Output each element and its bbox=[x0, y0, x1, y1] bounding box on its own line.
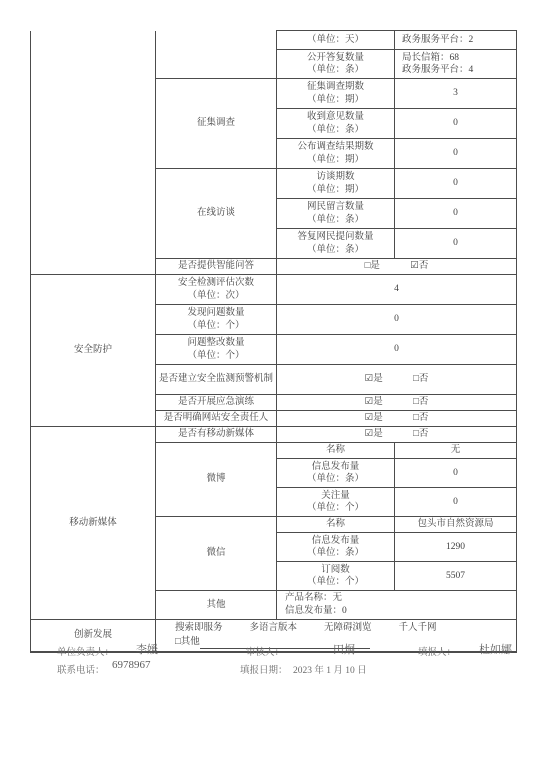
item-label: 公布调查结果期数（单位：期） bbox=[277, 139, 395, 169]
item-label: 问题整改数量（单位：个） bbox=[156, 335, 277, 365]
checkbox-group: ☑是 □否 bbox=[277, 427, 517, 443]
item-value: 0 bbox=[395, 459, 517, 488]
checkbox-yes-checked: ☑是 bbox=[365, 373, 383, 386]
item-value: 3 bbox=[395, 79, 517, 109]
item-value: 政务服务平台：2 bbox=[395, 31, 517, 50]
footer-value-phone: 6978967 bbox=[112, 659, 151, 671]
item-value: 1290 bbox=[395, 533, 517, 562]
item-label: 名称 bbox=[277, 443, 395, 459]
innovation-item: 千人千网 bbox=[399, 621, 437, 635]
item-label: 答复网民提问数量（单位：条） bbox=[277, 229, 395, 259]
checkbox-no-checked: ☑否 bbox=[410, 260, 428, 273]
innovation-item: 多语言版本 bbox=[250, 621, 298, 635]
section-cell-empty bbox=[31, 31, 156, 275]
item-label: 网民留言数量（单位：条） bbox=[277, 199, 395, 229]
item-label: 是否建立安全监测预警机制 bbox=[156, 365, 277, 395]
report-page: （单位：天） 政务服务平台：2 公开答复数量（单位：条） 局长信箱：68政务服务… bbox=[0, 0, 543, 768]
item-label: （单位：天） bbox=[277, 31, 395, 50]
item-label: 是否明确网站安全责任人 bbox=[156, 411, 277, 427]
checkbox-yes-checked: ☑是 bbox=[365, 396, 383, 409]
item-label: 关注量（单位：个） bbox=[277, 488, 395, 517]
item-label: 访谈期数（单位：期） bbox=[277, 169, 395, 199]
item-value: 0 bbox=[277, 335, 517, 365]
checkbox-no-unchecked: □否 bbox=[413, 412, 428, 425]
innovation-cell: 搜索即服务 多语言版本 无障碍浏览 千人千网 □其他 bbox=[156, 620, 517, 652]
group-label-interview: 在线访谈 bbox=[156, 169, 277, 259]
subgroup-cell-empty bbox=[156, 31, 277, 79]
group-label-newmedia: 移动新媒体 bbox=[31, 427, 156, 620]
item-value: 0 bbox=[395, 109, 517, 139]
item-label: 发现问题数量（单位：个） bbox=[156, 305, 277, 335]
item-label: 安全检测评估次数（单位：次） bbox=[156, 275, 277, 305]
checkbox-group: ☑是 □否 bbox=[277, 395, 517, 411]
subgroup-label-weixin: 微信 bbox=[156, 517, 277, 591]
item-label: 订阅数（单位：个） bbox=[277, 562, 395, 591]
item-label: 信息发布量（单位：条） bbox=[277, 459, 395, 488]
checkbox-group: □是 ☑否 bbox=[277, 259, 517, 275]
checkbox-group: ☑是 □否 bbox=[277, 365, 517, 395]
checkbox-no-unchecked: □否 bbox=[413, 428, 428, 441]
item-label: 是否开展应急演练 bbox=[156, 395, 277, 411]
footer-label-date: 填报日期： bbox=[240, 662, 288, 676]
subgroup-label-weibo: 微博 bbox=[156, 443, 277, 517]
footer-value-date: 2023 年 1 月 10 日 bbox=[293, 662, 367, 676]
checkbox-no-unchecked: □否 bbox=[413, 396, 428, 409]
checkbox-yes-checked: ☑是 bbox=[365, 428, 383, 441]
item-value: 4 bbox=[277, 275, 517, 305]
group-label-survey: 征集调查 bbox=[156, 79, 277, 169]
innovation-item: 搜索即服务 bbox=[175, 621, 223, 635]
item-label: 是否提供智能问答 bbox=[156, 259, 277, 275]
item-label: 是否有移动新媒体 bbox=[156, 427, 277, 443]
checkbox-group: ☑是 □否 bbox=[277, 411, 517, 427]
subgroup-label-other: 其他 bbox=[156, 591, 277, 620]
checkbox-other-unchecked: □其他 bbox=[175, 635, 200, 649]
item-label: 名称 bbox=[277, 517, 395, 533]
item-label: 信息发布量（单位：条） bbox=[277, 533, 395, 562]
group-label-innovation: 创新发展 bbox=[31, 620, 156, 652]
item-value: 产品名称：无信息发布量：0 bbox=[277, 591, 517, 620]
checkbox-yes-unchecked: □是 bbox=[365, 260, 380, 273]
item-label: 公开答复数量（单位：条） bbox=[277, 50, 395, 79]
item-value: 包头市自然资源局 bbox=[395, 517, 517, 533]
checkbox-yes-checked: ☑是 bbox=[365, 412, 383, 425]
item-value: 局长信箱：68政务服务平台：4 bbox=[395, 50, 517, 79]
item-label: 收到意见数量（单位：条） bbox=[277, 109, 395, 139]
innovation-items: 搜索即服务 多语言版本 无障碍浏览 千人千网 bbox=[158, 621, 514, 635]
group-label-security: 安全防护 bbox=[31, 275, 156, 427]
item-value: 0 bbox=[277, 305, 517, 335]
item-value: 0 bbox=[395, 229, 517, 259]
footer-label-phone: 联系电话： bbox=[57, 662, 105, 676]
item-value: 0 bbox=[395, 199, 517, 229]
innovation-item: 无障碍浏览 bbox=[324, 621, 372, 635]
checkbox-no-unchecked: □否 bbox=[413, 373, 428, 386]
item-value: 无 bbox=[395, 443, 517, 459]
item-value: 0 bbox=[395, 488, 517, 517]
item-value: 5507 bbox=[395, 562, 517, 591]
item-value: 0 bbox=[395, 169, 517, 199]
annual-report-table: （单位：天） 政务服务平台：2 公开答复数量（单位：条） 局长信箱：68政务服务… bbox=[30, 30, 517, 653]
fill-in-blank-line bbox=[200, 637, 370, 649]
item-value: 0 bbox=[395, 139, 517, 169]
item-label: 征集调查期数（单位：期） bbox=[277, 79, 395, 109]
innovation-other-row: □其他 bbox=[158, 635, 514, 649]
